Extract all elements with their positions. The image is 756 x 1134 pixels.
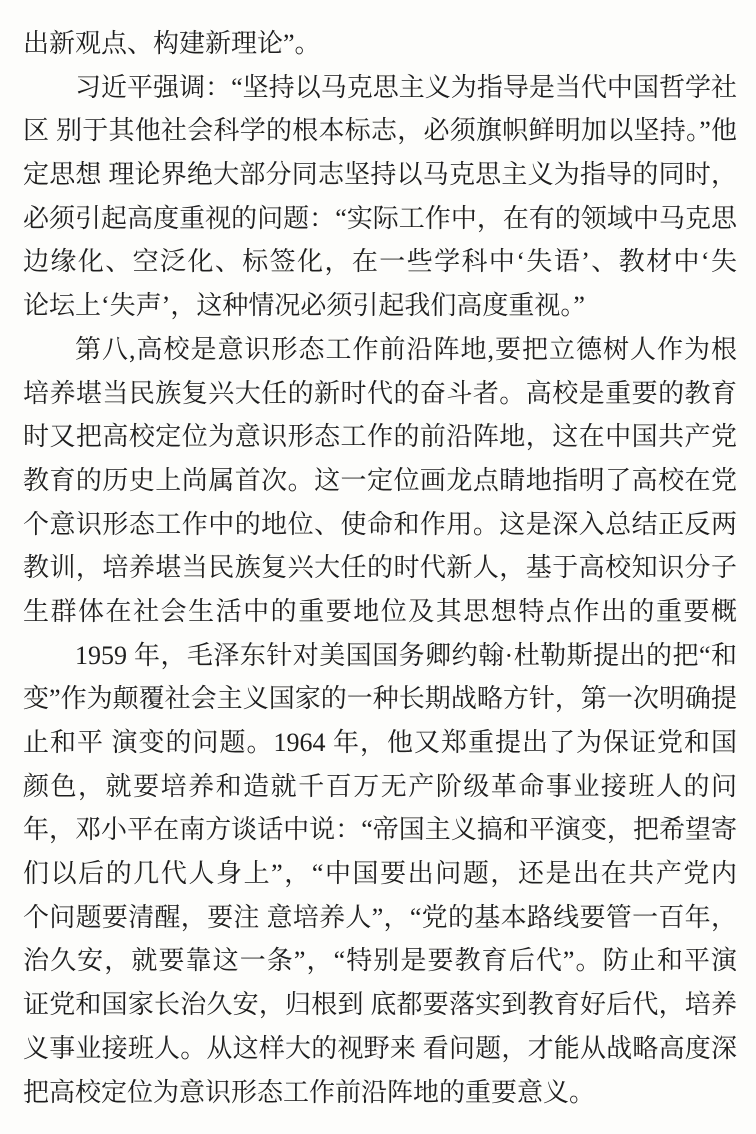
- paragraph: 习近平强调：“坚持以马克思主义为指导是当代中国哲学社会科学区 别于其他社会科学的…: [23, 66, 737, 328]
- text-line: 治久安，就要靠这一条”，“特别是要教育后代”。防止和平演变，保: [23, 939, 737, 983]
- text-line: 出新观点、构建新理论”。: [23, 22, 737, 66]
- text-line: 把高校定位为意识形态工作前沿阵地的重要意义。: [23, 1071, 737, 1115]
- text-line: 们以后的几代人身上”，“中国要出问题，还是出在共产党内部，对这: [23, 852, 737, 896]
- text-line: 边缘化、空泛化、标签化，在一些学科中‘失语’、教材中‘失踪’、: [23, 240, 737, 284]
- text-line: 第八,高校是意识形态工作前沿阵地,要把立德树人作为根本任务,: [23, 328, 737, 372]
- document-page: 出新观点、构建新理论”。习近平强调：“坚持以马克思主义为指导是当代中国哲学社会科…: [0, 0, 756, 1134]
- paragraph: 出新观点、构建新理论”。: [23, 22, 737, 66]
- paragraph: 1959 年，毛泽东针对美国国务卿约翰·杜勒斯提出的把“和平演变”作为颠覆社会主…: [23, 634, 737, 1115]
- text-line: 区 别于其他社会科学的根本标志，必须旗帜鲜明加以坚持。”他在肯: [23, 109, 737, 153]
- text-block: 出新观点、构建新理论”。习近平强调：“坚持以马克思主义为指导是当代中国哲学社会科…: [23, 22, 737, 1114]
- text-line: 变”作为颠覆社会主义国家的一种长期战略方针，第一次明确提出了防: [23, 677, 737, 721]
- text-line: 个问题要清醒，要注 意培养人”，“党的基本路线要管一百年，要长: [23, 896, 737, 940]
- text-line: 培养堪当民族复兴大任的新时代的奋斗者。高校是重要的教育阵地，同: [23, 372, 737, 416]
- text-line: 颜色，就要培养和造就千百万无产阶级革命事业接班人的问题。1992: [23, 765, 737, 809]
- paragraph: 第八,高校是意识形态工作前沿阵地,要把立德树人作为根本任务,培养堪当民族复兴大任…: [23, 328, 737, 634]
- text-line: 止和平 演变的问题。1964 年，他又郑重提出了为保证党和国家不改变: [23, 721, 737, 765]
- text-line: 论坛上‘失声’，这种情况必须引起我们高度重视。”: [23, 284, 737, 328]
- text-line: 习近平强调：“坚持以马克思主义为指导是当代中国哲学社会科学: [23, 66, 737, 110]
- text-line: 定思想 理论界绝大部分同志坚持以马克思主义为指导的同时，指出了: [23, 153, 737, 197]
- text-line: 生群体在社会生活中的重要地位及其思想特点作出的重要概括。: [23, 590, 737, 634]
- text-line: 1959 年，毛泽东针对美国国务卿约翰·杜勒斯提出的把“和平演: [23, 634, 737, 678]
- text-line: 义事业接班人。从这样大的视野来 看问题，才能从战略高度深刻理解: [23, 1027, 737, 1071]
- text-line: 个意识形态工作中的地位、使命和作用。这是深入总结正反两方面经验: [23, 503, 737, 547]
- text-line: 证党和国家长治久安，归根到 底都要落实到教育好后代，培养社会主: [23, 983, 737, 1027]
- text-line: 年，邓小平在南方谈话中说：“帝国主义搞和平演变，把希望寄托在我: [23, 808, 737, 852]
- text-line: 教训，培养堪当民族复兴大任的时代新人，基于高校知识分子包括大学: [23, 546, 737, 590]
- text-line: 时又把高校定位为意识形态工作的前沿阵地，这在中国共产党领导高等: [23, 415, 737, 459]
- text-line: 教育的历史上尚属首次。这一定位画龙点睛地指明了高校在党和国家整: [23, 459, 737, 503]
- text-line: 必须引起高度重视的问题：“实际工作中，在有的领域中马克思主义被: [23, 197, 737, 241]
